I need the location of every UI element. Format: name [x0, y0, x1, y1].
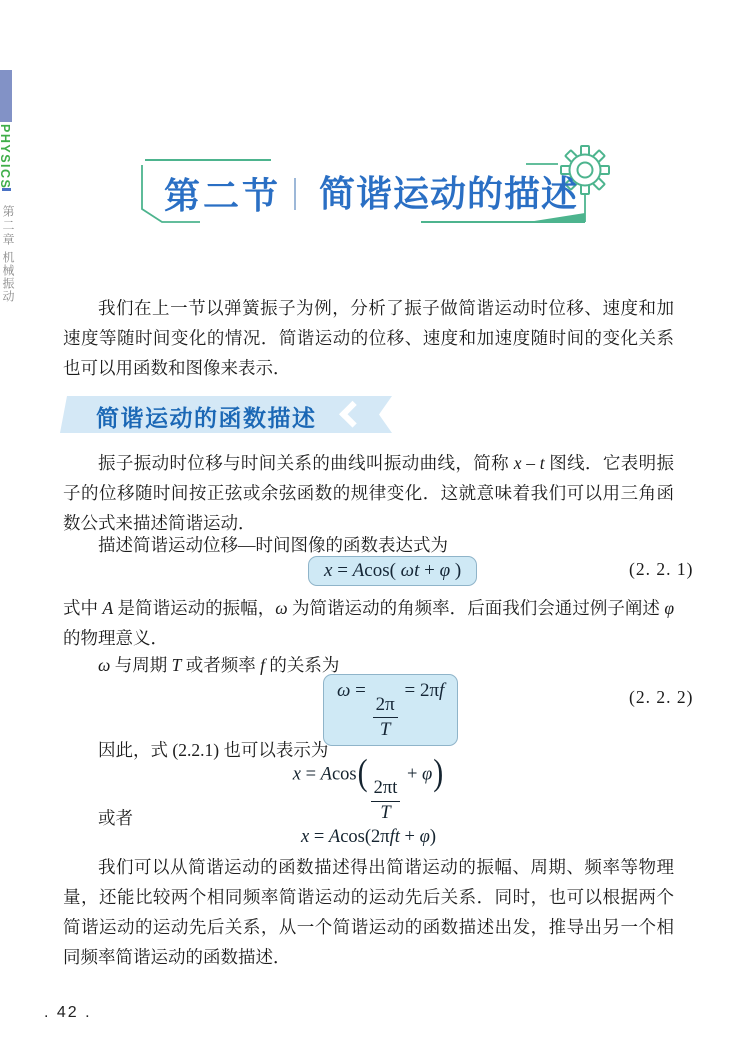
page-title: 简谐运动的描述 [319, 166, 578, 217]
sidebar-accent-bar [0, 70, 12, 122]
equation-2-2-1: x = Acos( ωt + φ ) [308, 556, 477, 586]
subsection-title: 简谐运动的函数描述 [96, 400, 317, 433]
equation-2-2-1-label: (2. 2. 1) [629, 559, 693, 580]
sidebar-physics-label: PHYSICS [0, 124, 12, 189]
equation-2-2-2-label: (2. 2. 2) [629, 687, 693, 708]
section-number: 第二节 [164, 168, 281, 219]
paragraph-amplitude: 式中 A 是简谐运动的振幅，ω 为简谐运动的角频率．后面我们会通过例子阐述 φ … [63, 593, 674, 653]
sidebar-physics-underline [2, 188, 11, 191]
sidebar-chapter-title: 机械振动 [0, 251, 17, 303]
textbook-page: PHYSICS 第二章 机械振动 第二节 简谐运动的描述 我们在上一节以弹簧振子… [0, 0, 733, 1062]
page-number: . 42 . [44, 1004, 92, 1022]
equation-frequency-form: x = Acos(2πft + φ) [63, 827, 674, 848]
intro-paragraph: 我们在上一节以弹簧振子为例，分析了振子做简谐运动时位移、速度和加速度等随时间变化… [63, 293, 674, 383]
sidebar-chapter-number: 第二章 [0, 205, 17, 247]
banner-chevron-icon [339, 400, 366, 427]
closing-paragraph: 我们可以从简谐运动的函数描述得出简谐运动的振幅、周期、频率等物理量，还能比较两个… [63, 852, 674, 972]
paragraph-vibration-curve: 振子振动时位移与时间关系的曲线叫振动曲线，简称 x – t 图线．它表明振子的位… [63, 448, 674, 538]
